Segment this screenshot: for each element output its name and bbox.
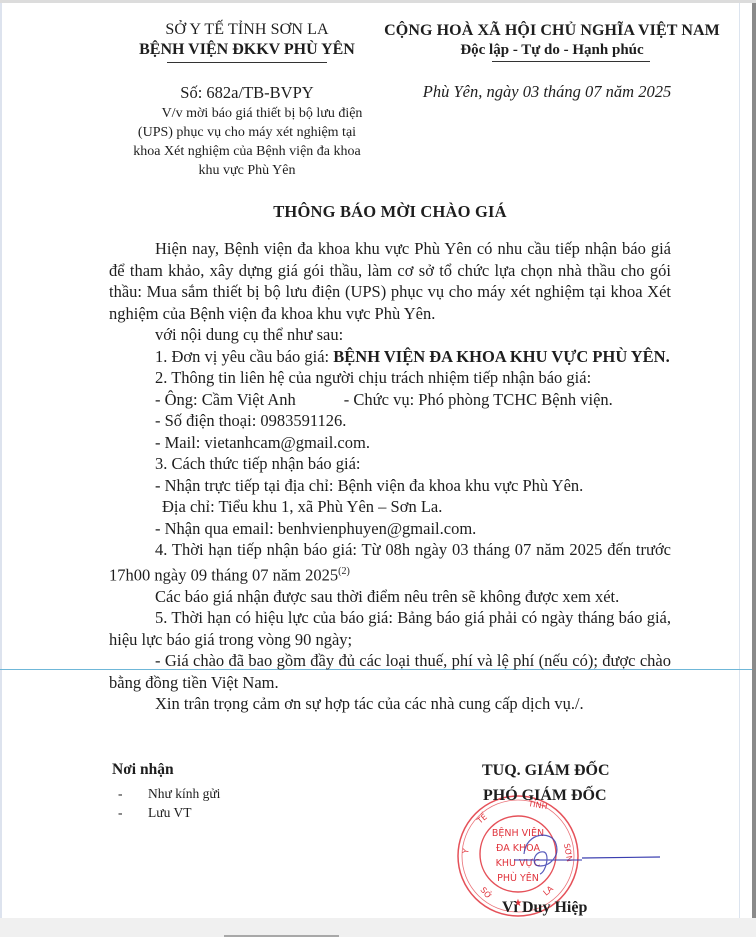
document-subject: V/v mời báo giá thiết bị bộ lưu điện (UP…	[112, 104, 382, 180]
item-4: 4. Thời hạn tiếp nhận báo giá: Từ 08h ng…	[109, 539, 671, 586]
contact-name: - Ông: Cầm Việt Anh	[155, 390, 296, 409]
price-note: - Giá chào đã bao gồm đầy đủ các loại th…	[109, 650, 671, 693]
signature-stroke-icon	[582, 854, 662, 862]
receive-direct: - Nhận trực tiếp tại địa chỉ: Bệnh viện …	[109, 475, 671, 497]
receive-address: Địa chỉ: Tiểu khu 1, xã Phù Yên – Sơn La…	[109, 496, 671, 518]
agency-name: SỞ Y TẾ TỈNH SƠN LA	[112, 20, 382, 40]
motto-underline	[492, 61, 650, 62]
document-title: THÔNG BÁO MỜI CHÀO GIÁ	[100, 202, 680, 222]
signer-authority: TUQ. GIÁM ĐỐC	[482, 762, 610, 780]
contact-row: - Ông: Cầm Việt Anh- Chức vụ: Phó phòng …	[109, 389, 671, 411]
svg-text:BỆNH VIỆN: BỆNH VIỆN	[492, 827, 544, 839]
issuing-agency-block: SỞ Y TẾ TỈNH SƠN LA BỆNH VIỆN ĐKKV PHÙ Y…	[112, 20, 382, 180]
subject-line: V/v mời báo giá thiết bị bộ lưu điện	[112, 104, 382, 123]
recipients-title: Nơi nhận	[112, 760, 362, 780]
horizontal-scrollbar-track[interactable]	[0, 918, 756, 937]
requesting-unit: BỆNH VIỆN ĐA KHOA KHU VỰC PHÙ YÊN.	[333, 347, 669, 366]
late-note: Các báo giá nhận được sau thời điểm nêu …	[109, 586, 671, 608]
item-1: 1. Đơn vị yêu cầu báo giá: BỆNH VIỆN ĐA …	[109, 346, 671, 368]
national-motto: Độc lập - Tự do - Hạnh phúc	[382, 41, 722, 60]
subject-line: khu vực Phù Yên	[112, 161, 382, 180]
recipients-block: Nơi nhận -Như kính gửi -Lưu VT	[112, 760, 362, 822]
item-5: 5. Thời hạn có hiệu lực của báo giá: Bản…	[109, 607, 671, 650]
page-left-edge	[0, 3, 2, 918]
header-underline	[167, 62, 327, 63]
page-margin-guide	[739, 3, 740, 918]
signer-title: PHÓ GIÁM ĐỐC	[483, 787, 607, 805]
item-1-label: 1. Đơn vị yêu cầu báo giá:	[155, 347, 333, 366]
document-body: Hiện nay, Bệnh viện đa khoa khu vực Phù …	[109, 238, 671, 715]
place-and-date: Phù Yên, ngày 03 tháng 07 năm 2025	[372, 82, 722, 102]
recipients-list: -Như kính gửi -Lưu VT	[112, 784, 362, 822]
receive-email: - Nhận qua email: benhvienphuyen@gmail.c…	[109, 518, 671, 540]
svg-text:LA: LA	[542, 884, 556, 898]
viewer-top-edge	[0, 0, 756, 3]
republic-name: CỘNG HOÀ XÃ HỘI CHỦ NGHĨA VIỆT NAM	[382, 21, 722, 41]
item-2: 2. Thông tin liên hệ của người chịu trác…	[109, 367, 671, 389]
contact-mail: - Mail: vietanhcam@gmail.com.	[109, 432, 671, 454]
item-4-text: 4. Thời hạn tiếp nhận báo giá: Từ 08h ng…	[109, 540, 671, 584]
contact-phone: - Số điện thoại: 0983591126.	[109, 410, 671, 432]
contact-position: - Chức vụ: Phó phòng TCHC Bệnh viện.	[344, 390, 613, 409]
thanks-line: Xin trân trọng cảm ơn sự hợp tác của các…	[109, 693, 671, 715]
footnote-ref: (2)	[338, 566, 350, 577]
subject-line: (UPS) phục vụ cho máy xét nghiệm tại	[112, 123, 382, 142]
recipient-item: -Như kính gửi	[112, 784, 362, 803]
intro-paragraph: Hiện nay, Bệnh viện đa khoa khu vực Phù …	[109, 238, 671, 324]
svg-text:ĐA KHOA: ĐA KHOA	[496, 843, 540, 854]
svg-text:PHÙ YÊN: PHÙ YÊN	[497, 872, 539, 884]
document-viewer: SỞ Y TẾ TỈNH SƠN LA BỆNH VIỆN ĐKKV PHÙ Y…	[0, 0, 756, 937]
content-intro: với nội dung cụ thể như sau:	[109, 324, 671, 346]
vertical-scrollbar[interactable]	[752, 3, 756, 918]
hospital-name: BỆNH VIỆN ĐKKV PHÙ YÊN	[112, 40, 382, 60]
item-3: 3. Cách thức tiếp nhận báo giá:	[109, 453, 671, 475]
subject-line: khoa Xét nghiệm của Bệnh viện đa khoa	[112, 142, 382, 161]
recipient-item: -Lưu VT	[112, 803, 362, 822]
national-header-block: CỘNG HOÀ XÃ HỘI CHỦ NGHĨA VIỆT NAM Độc l…	[382, 21, 722, 102]
document-number: Số: 682a/TB-BVPY	[112, 83, 382, 103]
signer-name: Vì Duy Hiệp	[502, 899, 587, 917]
